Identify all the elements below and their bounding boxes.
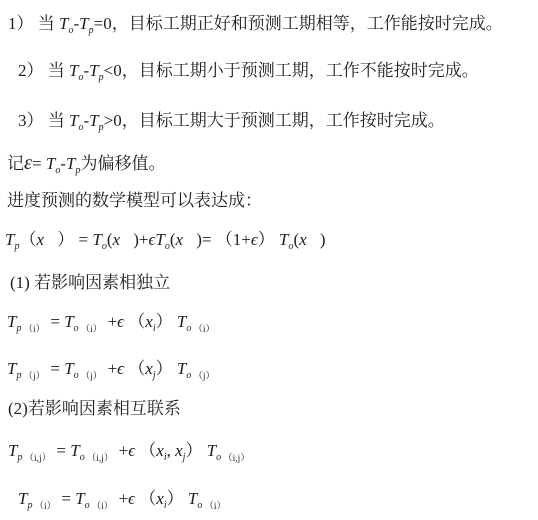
text-run-cjk: 当 (34, 14, 60, 33)
text-run-cjk: （ (216, 230, 233, 249)
text-run-subp: （i） (193, 325, 215, 335)
text-run-subp: （i,j） (24, 454, 51, 464)
text-run-mi: T (89, 111, 98, 130)
text-run-sub: o (74, 370, 79, 381)
text-run-sub: p (27, 500, 32, 511)
text-run-mi: T (64, 359, 73, 378)
text-run-mi: x (175, 441, 183, 460)
text-run-mn: )= (196, 230, 216, 249)
text-run-sub: o (85, 500, 90, 511)
formula-joint-i: Tp（i） = To（i） +ϵ （xi） To（i） (18, 488, 227, 518)
text-run-cjk: （ (128, 359, 145, 378)
text-run-cjk: （ (139, 489, 156, 508)
text-run-sub: p (17, 452, 22, 463)
text-run-subp: （j） (23, 372, 45, 382)
text-run-cjk: ） (57, 230, 74, 249)
text-run-mn: = (52, 441, 70, 460)
text-run-subp: （i） (204, 502, 226, 512)
text-run-mn: , (167, 441, 176, 460)
text-run-mn: ) (320, 230, 326, 249)
formula-joint-ij: Tp（i,j） = To（i,j） +ϵ （xi, xj） To（i,j） (8, 440, 251, 470)
text-run-mi: x⃗ (299, 230, 320, 249)
text-run-cjk: 若影响因素相独立 (34, 273, 170, 292)
model-intro: 进度预测的数学模型可以表达成： (7, 190, 262, 212)
formula-independent-i: Tp（i） = To（i） +ϵ （xi） To（i） (7, 311, 216, 341)
text-run-cjk: ，目标工期大于预测工期，工作按时完成。 (122, 111, 445, 130)
text-run-num: 3） (18, 111, 44, 130)
formula-independent-j: Tp（j） = To（j） +ϵ （xj） To（j） (7, 358, 216, 388)
text-run-mi: T (92, 230, 101, 249)
text-run-mi: ϵ (117, 312, 124, 331)
text-run-mn: = (74, 230, 92, 249)
text-run-mn: (1) (10, 273, 34, 292)
text-run-mn: )+ (133, 230, 148, 249)
text-run-mi: T (70, 441, 79, 460)
case-2-heading: (2)若影响因素相互联系 (8, 398, 181, 420)
text-run-cjk: 进度预测的数学模型可以表达成： (7, 191, 262, 210)
text-run-mi: T (64, 312, 73, 331)
text-run-cjk: 当 (44, 61, 70, 80)
text-run-sub: p (16, 370, 21, 381)
text-run-subp: （i） (34, 502, 56, 512)
text-run-mi: T (177, 312, 186, 331)
text-run-subp: （i） (81, 325, 103, 335)
text-run-subp: （i） (92, 502, 114, 512)
text-run-mi: x (145, 312, 153, 331)
text-run-subp: （i,j） (87, 454, 114, 464)
statement-1: 1） 当 To-Tp=0，目标工期正好和预测工期相等，工作能按时完成。 (8, 13, 503, 42)
text-run-mi: ϵ (117, 359, 124, 378)
text-run-subp: （j） (193, 372, 215, 382)
text-run-mi: T (66, 154, 75, 173)
text-run-mi: T (79, 14, 88, 33)
text-run-mi: T (155, 230, 164, 249)
text-run-mn: + (103, 359, 117, 378)
document-page: 1） 当 To-Tp=0，目标工期正好和预测工期相等，工作能按时完成。2） 当 … (0, 0, 538, 520)
text-run-mn: =0 (94, 14, 112, 33)
text-run-mi: x (156, 441, 164, 460)
text-run-mi: x⃗ (36, 230, 57, 249)
text-run-subp: （j） (81, 372, 103, 382)
text-run-sub: o (186, 370, 191, 381)
text-run-sub: o (74, 323, 79, 334)
text-run-mi: x (156, 489, 164, 508)
text-run-num: 2） (18, 61, 44, 80)
text-run-mi: T (177, 359, 186, 378)
text-run-mn: = (32, 154, 46, 173)
text-run-cjk: ） (156, 312, 173, 331)
text-run-mn: = (46, 312, 64, 331)
model-formula: Tp（x⃗） = To(x⃗)+ϵTo(x⃗)= （1+ϵ） To(x⃗) (5, 229, 326, 258)
text-run-mn: (2) (8, 399, 28, 418)
text-run-cjk: ，目标工期正好和预测工期相等，工作能按时完成。 (112, 14, 503, 33)
text-run-cjk: ） (167, 489, 184, 508)
text-run-cjk: ） (258, 230, 275, 249)
text-run-mn: = (57, 489, 75, 508)
text-run-mn: + (114, 489, 128, 508)
text-run-mn: <0 (104, 61, 122, 80)
text-run-mi: ϵ (128, 489, 135, 508)
text-run-subp: （i,j） (223, 454, 250, 464)
text-run-mn: 1+ (233, 230, 251, 249)
case-1-heading: (1) 若影响因素相独立 (10, 272, 170, 294)
text-run-mi: x (145, 359, 153, 378)
text-run-sub: o (80, 452, 85, 463)
text-run-sub: o (186, 323, 191, 334)
text-run-cjk: 为偏移值。 (81, 154, 166, 173)
text-run-cjk: ） (156, 359, 173, 378)
statement-3: 3） 当 To-Tp>0，目标工期大于预测工期，工作按时完成。 (18, 110, 445, 139)
text-run-mn: = (46, 359, 64, 378)
text-run-cjk: ） (185, 441, 202, 460)
epsilon-definition: 记ε= To-Tp为偏移值。 (7, 152, 166, 182)
text-run-mi: ϵ (251, 230, 258, 249)
text-run-eps: ε (24, 152, 32, 174)
text-run-cjk: （ (139, 441, 156, 460)
text-run-mn: + (114, 441, 128, 460)
text-run-mi: x⃗ (112, 230, 133, 249)
text-run-cjk: 当 (44, 111, 70, 130)
text-run-mn: >0 (104, 111, 122, 130)
text-run-cjk: 若影响因素相互联系 (28, 399, 181, 418)
text-run-num: 1） (8, 14, 34, 33)
text-run-mi: T (89, 61, 98, 80)
text-run-sub: o (216, 452, 221, 463)
text-run-mi: T (75, 489, 84, 508)
text-run-subp: （i） (23, 325, 45, 335)
text-run-cjk: ，目标工期小于预测工期，工作不能按时完成。 (122, 61, 479, 80)
text-run-mi: T (207, 441, 216, 460)
text-run-cjk: （ (128, 312, 145, 331)
text-run-cjk: 记 (7, 154, 24, 173)
statement-2: 2） 当 To-Tp<0，目标工期小于预测工期，工作不能按时完成。 (18, 60, 479, 89)
text-run-mi: T (46, 154, 55, 173)
text-run-mi: x⃗ (176, 230, 197, 249)
text-run-cjk: （ (19, 230, 36, 249)
text-run-mi: T (188, 489, 197, 508)
text-run-sub: p (16, 323, 21, 334)
text-run-mn: + (103, 312, 117, 331)
text-run-sub: o (197, 500, 202, 511)
